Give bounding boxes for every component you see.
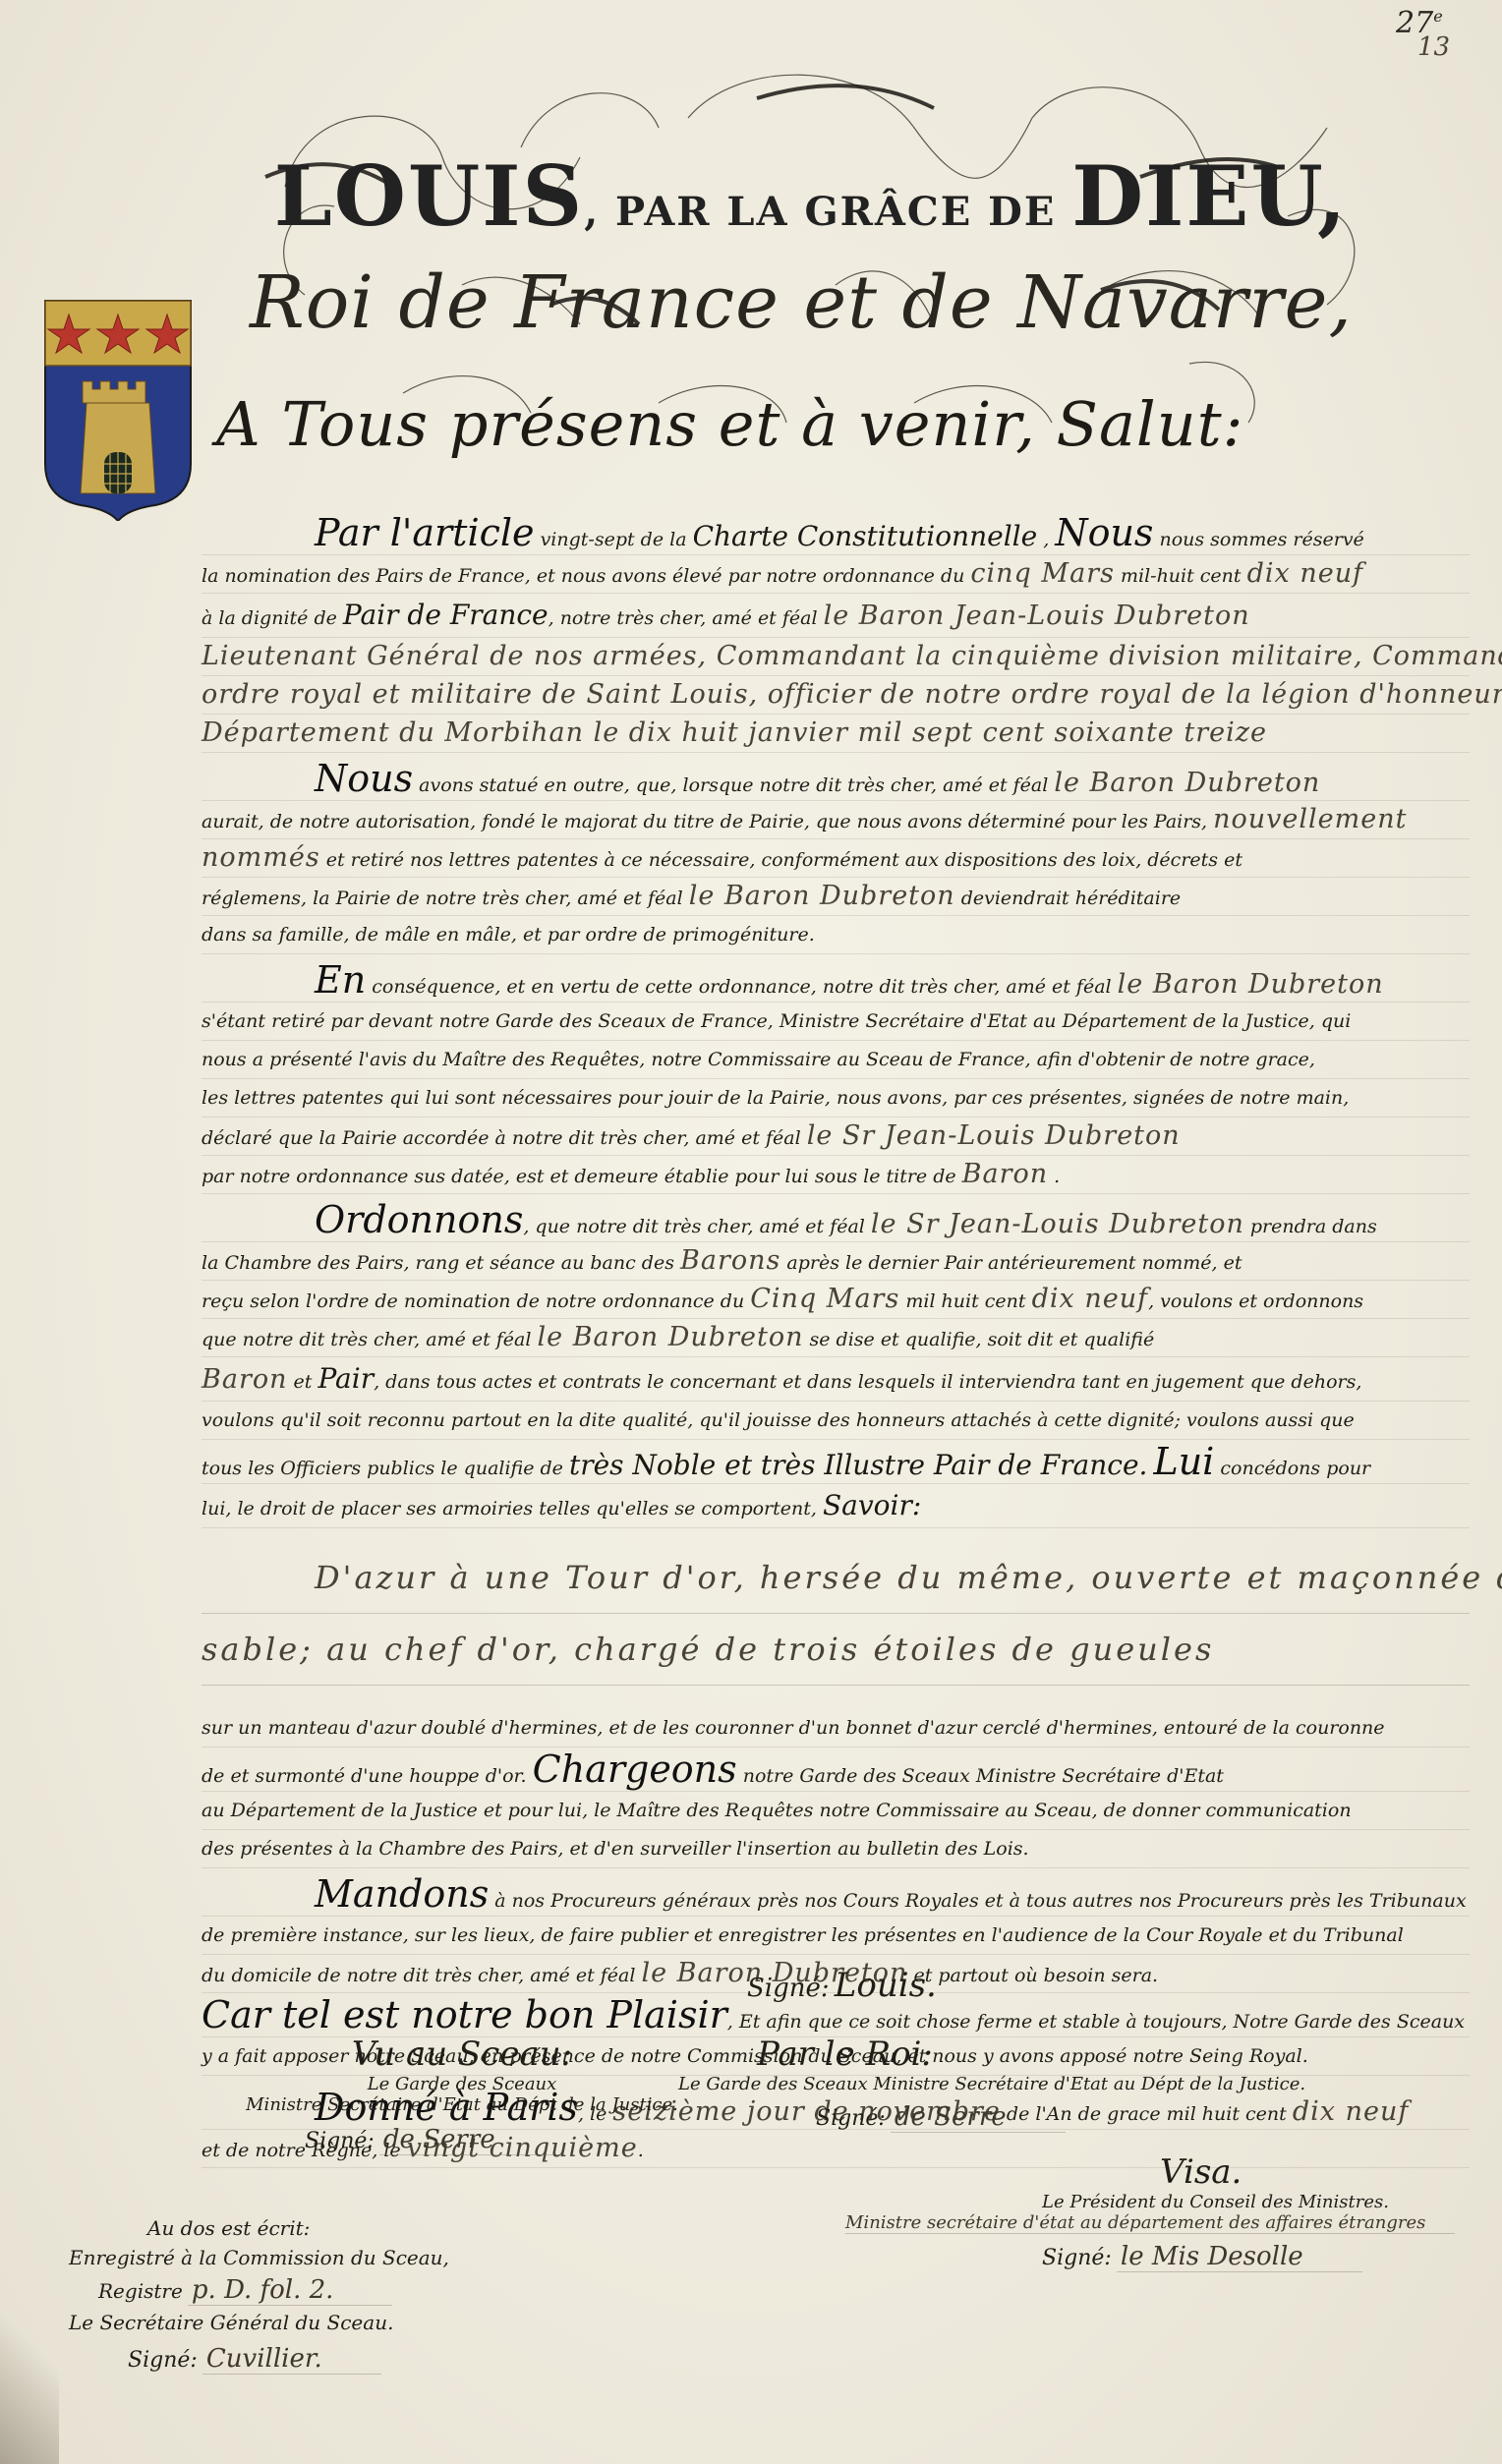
secretary-signer-name: Cuvillier. (202, 2344, 381, 2375)
printed-text: sur un manteau d'azur doublé d'hermines,… (202, 1717, 1385, 1739)
printed-text: des présentes à la Chambre des Pairs, et… (202, 1838, 1029, 1860)
printed-text: de et surmonté d'une houppe d'or. (202, 1765, 533, 1787)
handwritten-fill: D'azur à une Tour d'or, hersée du même, … (315, 1559, 1502, 1596)
text-line: la nomination des Pairs de France, et no… (202, 555, 1470, 594)
letters-patent-body: Par l'article vingt-sept de la Charte Co… (202, 511, 1470, 2168)
printed-text: , (1037, 529, 1055, 550)
printed-text: après le dernier Pair antérieurement nom… (780, 1252, 1242, 1274)
text-line: déclaré que la Pairie accordée à notre d… (202, 1117, 1470, 1156)
engraved-text: Chargeons (533, 1748, 737, 1791)
engraved-text: En (315, 958, 366, 1002)
handwritten-fill: Baron (202, 1364, 288, 1395)
printed-text: nous sommes réservé (1153, 529, 1363, 550)
text-line: nommés et retiré nos lettres patentes à … (202, 839, 1470, 878)
text-line: sur un manteau d'azur doublé d'hermines,… (202, 1709, 1470, 1748)
handwritten-fill: sable; au chef d'or, chargé de trois éto… (202, 1631, 1214, 1668)
printed-text: la nomination des Pairs de France, et no… (202, 565, 970, 587)
text-line: de première instance, sur les lieux, de … (202, 1917, 1470, 1955)
text-line: aurait, de notre autorisation, fondé le … (202, 801, 1470, 839)
folio-number: 27e 13 (1396, 6, 1450, 62)
printed-text: conséquence, et en vertu de cette ordonn… (366, 976, 1117, 998)
printed-text: reçu selon l'ordre de nomination de notr… (202, 1290, 750, 1312)
text-line: s'étant retiré par devant notre Garde de… (202, 1003, 1470, 1041)
handwritten-fill: le Baron Dubreton (1118, 969, 1384, 1000)
text-line: tous les Officiers publics le qualifie d… (202, 1440, 1470, 1484)
printed-text: la Chambre des Pairs, rang et séance au … (202, 1252, 680, 1274)
engraved-text: Car tel est notre bon Plaisir (202, 1993, 727, 2036)
printed-text: et retiré nos lettres patentes à ce néce… (320, 849, 1242, 871)
text-line: de et surmonté d'une houppe d'or. Charge… (202, 1748, 1470, 1792)
handwritten-fill: le Baron Jean-Louis Dubreton (824, 601, 1250, 631)
text-line: Baron et Pair, dans tous actes et contra… (202, 1357, 1470, 1402)
seal-signature-block: Vu au Sceau: Le Garde des Sceaux Ministr… (206, 2034, 718, 2154)
engraved-text: Charte Constitutionnelle (693, 520, 1038, 552)
text-line: ordre royal et militaire de Saint Louis,… (202, 676, 1470, 715)
printed-text: dans sa famille, de mâle en mâle, et par… (202, 924, 815, 945)
text-line: Ordonnons, que notre dit très cher, amé … (202, 1198, 1470, 1242)
printed-text: par notre ordonnance sus datée, est et d… (202, 1166, 962, 1187)
text-line: voulons qu'il soit reconnu partout en la… (202, 1402, 1470, 1440)
printed-text: vingt-sept de la (535, 529, 693, 550)
text-line: nous a présenté l'avis du Maître des Req… (202, 1041, 1470, 1079)
printed-text: déclaré que la Pairie accordée à notre d… (202, 1127, 807, 1149)
printed-text: du domicile de notre dit très cher, amé … (202, 1965, 641, 1986)
printed-text: concédons pour (1214, 1458, 1370, 1479)
printed-text: , Et afin que ce soit chose ferme et sta… (727, 2011, 1465, 2033)
text-line: réglemens, la Pairie de notre très cher,… (202, 878, 1470, 916)
registre-reference: p. D. fol. 2. (188, 2275, 393, 2306)
printed-text: tous les Officiers publics le qualifie d… (202, 1458, 569, 1479)
handwritten-fill: le Sr Jean-Louis Dubreton (807, 1120, 1181, 1151)
handwritten-fill: le Baron Dubreton (1054, 768, 1320, 798)
royal-subtitle: Roi de France et de Navarre, (236, 260, 1366, 345)
engraved-text: Ordonnons (315, 1198, 523, 1241)
handwritten-fill: nommés (202, 842, 320, 873)
engraved-text: Pair de France (343, 599, 549, 631)
text-line: dans sa famille, de mâle en mâle, et par… (202, 916, 1470, 954)
printed-text: aurait, de notre autorisation, fondé le … (202, 811, 1213, 832)
printed-text: à la dignité de (202, 607, 343, 629)
engraved-text: Nous (1055, 511, 1153, 554)
roi-signer-name: de Serre (891, 2102, 1066, 2133)
handwritten-fill: Lieutenant Général de nos armées, Comman… (202, 641, 1502, 671)
printed-text: lui, le droit de placer ses armoiries te… (202, 1498, 823, 1519)
seal-signer-name: de Serre (379, 2125, 554, 2155)
engraved-text: Mandons (315, 1872, 489, 1916)
text-line: reçu selon l'ordre de nomination de notr… (202, 1281, 1470, 1319)
printed-text: nous a présenté l'avis du Maître des Req… (202, 1049, 1315, 1070)
endorsement-block: Au dos est écrit: Enregistré à la Commis… (69, 2216, 521, 2374)
engraved-text: Pair (318, 1362, 374, 1395)
handwritten-fill: le Baron Dubreton (538, 1322, 804, 1352)
royal-title: LOUIS, PAR LA GRÂCE DE DIEU, (265, 147, 1357, 245)
handwritten-fill: dix neuf (1247, 558, 1363, 589)
printed-text: à nos Procureurs généraux près nos Cours… (489, 1890, 1466, 1912)
printed-text: , voulons et ordonnons (1148, 1290, 1363, 1312)
text-line: Lieutenant Général de nos armées, Comman… (202, 638, 1470, 676)
handwritten-fill: dix neuf (1032, 1284, 1148, 1314)
text-line: En conséquence, et en vertu de cette ord… (202, 958, 1470, 1003)
visa-signature-block: Visa. Le Président du Conseil des Minist… (845, 2152, 1455, 2271)
printed-text: deviendrait héréditaire (955, 888, 1181, 909)
printed-text: s'étant retiré par devant notre Garde de… (202, 1010, 1351, 1032)
printed-text: mil-huit cent (1115, 565, 1247, 587)
text-line: que notre dit très cher, amé et féal le … (202, 1319, 1470, 1357)
text-line: Département du Morbihan le dix huit janv… (202, 715, 1470, 753)
text-line: Par l'article vingt-sept de la Charte Co… (202, 511, 1470, 555)
printed-text: et (288, 1371, 318, 1393)
king-order-signature-block: Par le Roi: Le Garde des Sceaux Ministre… (678, 2034, 1366, 2132)
engraved-text: très Noble et très Illustre Pair de Fran… (569, 1449, 1147, 1481)
handwritten-fill: Barons (680, 1245, 780, 1276)
printed-text: et partout où besoin sera. (907, 1965, 1158, 1986)
binding-shadow (0, 2267, 59, 2464)
text-line: à la dignité de Pair de France, notre tr… (202, 594, 1470, 638)
handwritten-fill: le Sr Jean-Louis Dubreton (871, 1209, 1244, 1239)
printed-text: , notre très cher, amé et féal (549, 607, 824, 629)
handwritten-fill: le Baron Dubreton (689, 881, 955, 911)
handwritten-fill: Cinq Mars (750, 1284, 899, 1314)
printed-text: , que notre dit très cher, amé et féal (523, 1216, 871, 1237)
printed-text: avons statué en outre, que, lorsque notr… (413, 774, 1054, 796)
blazon-line: D'azur à une Tour d'or, hersée du même, … (202, 1542, 1470, 1614)
printed-text: prendra dans (1244, 1216, 1377, 1237)
manuscript-page: 27e 13 LOUIS, PAR LA GRÂCE DE (0, 0, 1502, 2464)
visa-signer-name: le Mis Desolle (1117, 2242, 1362, 2272)
text-line: au Département de la Justice et pour lui… (202, 1792, 1470, 1830)
text-line: lui, le droit de placer ses armoiries te… (202, 1484, 1470, 1528)
text-line: la Chambre des Pairs, rang et séance au … (202, 1242, 1470, 1281)
printed-text: que notre dit très cher, amé et féal (202, 1329, 538, 1350)
blazon-description: D'azur à une Tour d'or, hersée du même, … (202, 1542, 1470, 1686)
king-signature: Signé: Louis. (747, 1966, 937, 2005)
handwritten-fill: nouvellement (1213, 804, 1407, 834)
printed-text: notre Garde des Sceaux Ministre Secrétai… (737, 1765, 1224, 1787)
coat-of-arms-icon (39, 297, 197, 521)
handwritten-fill: ordre royal et militaire de Saint Louis,… (202, 679, 1502, 710)
handwritten-fill: Département du Morbihan le dix huit janv… (202, 717, 1267, 748)
printed-text: au Département de la Justice et pour lui… (202, 1800, 1352, 1821)
printed-text: les lettres patentes qui lui sont nécess… (202, 1087, 1349, 1109)
printed-text: , dans tous actes et contrats le concern… (374, 1371, 1361, 1393)
text-line: par notre ordonnance sus datée, est et d… (202, 1156, 1470, 1194)
handwritten-fill: Baron (962, 1159, 1049, 1189)
text-line: Nous avons statué en outre, que, lorsque… (202, 757, 1470, 801)
text-line: des présentes à la Chambre des Pairs, et… (202, 1830, 1470, 1868)
printed-text: réglemens, la Pairie de notre très cher,… (202, 888, 689, 909)
printed-text: mil huit cent (899, 1290, 1031, 1312)
engraved-text: Par l'article (315, 511, 535, 554)
printed-text: de première instance, sur les lieux, de … (202, 1924, 1404, 1946)
engraved-text: Nous (315, 757, 413, 800)
blazon-line: sable; au chef d'or, chargé de trois éto… (202, 1614, 1470, 1686)
text-line: les lettres patentes qui lui sont nécess… (202, 1079, 1470, 1117)
greeting: A Tous présens et à venir, Salut: (216, 388, 1396, 460)
engraved-text: Savoir: (823, 1489, 921, 1521)
handwritten-fill: cinq Mars (970, 558, 1115, 589)
engraved-text: Lui (1153, 1440, 1214, 1483)
printed-text: se dise et qualifie, soit dit et qualifi… (803, 1329, 1154, 1350)
text-line: Mandons à nos Procureurs généraux près n… (202, 1872, 1470, 1917)
printed-text: voulons qu'il soit reconnu partout en la… (202, 1409, 1355, 1431)
printed-text: . (1048, 1166, 1060, 1187)
